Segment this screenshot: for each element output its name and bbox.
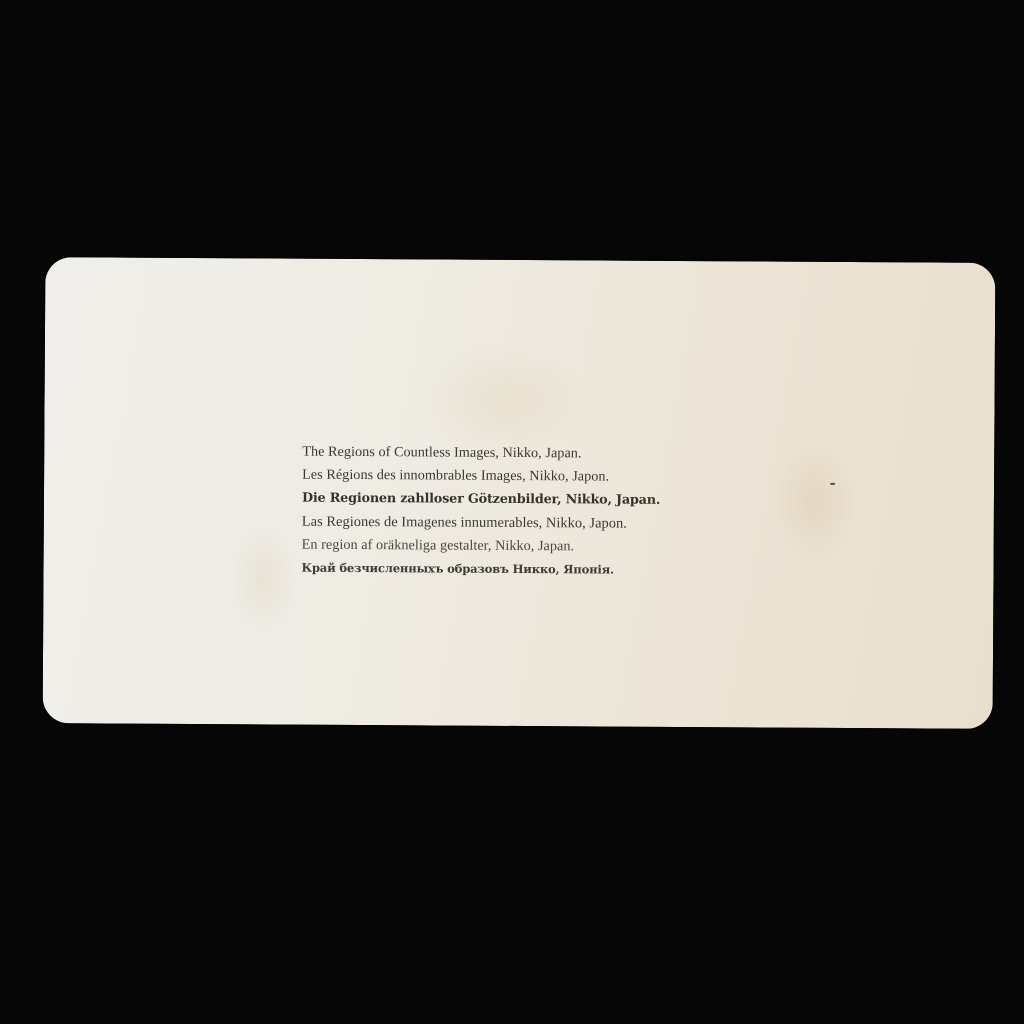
stereoview-card-back: The Regions of Countless Images, Nikko, … (43, 257, 996, 729)
caption-line-russian: Край безчисленныхъ образовъ Никко, Японі… (301, 557, 659, 582)
caption-line-spanish: Las Regiones de Imagenes innumerables, N… (302, 510, 660, 535)
caption-line-german: Die Regionen zahlloser Götzenbilder, Nik… (302, 487, 660, 512)
caption-line-french: Les Régions des innombrables Images, Nik… (302, 464, 660, 489)
photo-background: The Regions of Countless Images, Nikko, … (0, 0, 1024, 1024)
multilingual-caption: The Regions of Countless Images, Nikko, … (301, 441, 660, 582)
caption-line-swedish: En region af oräkneliga gestalter, Nikko… (302, 533, 660, 558)
caption-line-english: The Regions of Countless Images, Nikko, … (302, 441, 660, 466)
stain-mark (830, 483, 835, 485)
